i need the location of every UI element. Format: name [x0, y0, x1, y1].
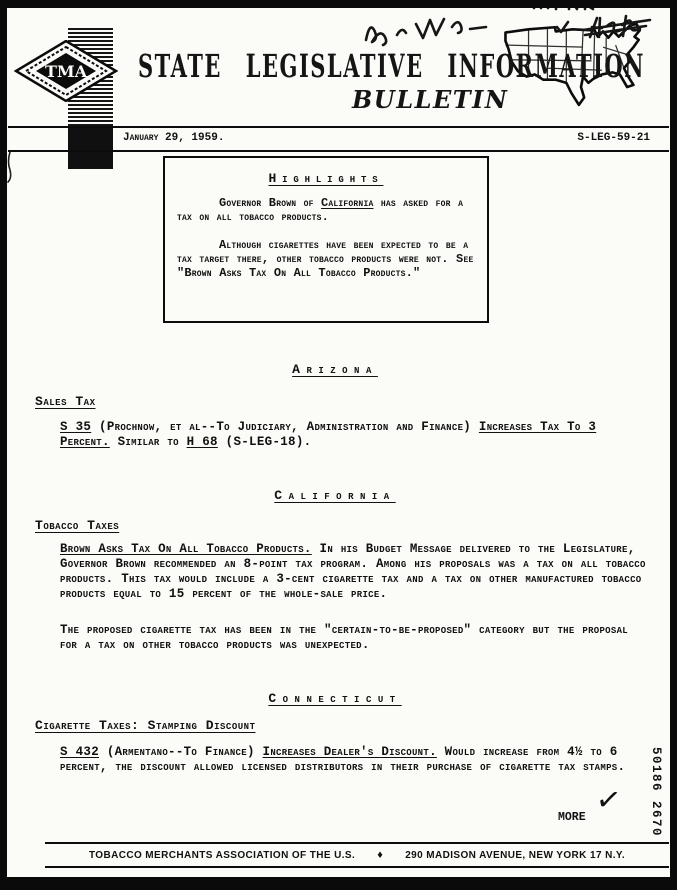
- footer-address: 290 Madison Avenue, New York 17 N.Y.: [405, 850, 625, 861]
- footer-rule-top: [45, 842, 669, 844]
- topic-heading-sales-tax: Sales Tax: [35, 394, 96, 409]
- masthead-subtitle: Bulletin: [352, 85, 508, 114]
- more-label: MORE: [558, 811, 586, 824]
- checkmark-annotation: ✓: [594, 781, 624, 819]
- masthead-title: State Legislative Information: [138, 47, 645, 85]
- footer-organization: Tobacco Merchants Association of the U.S…: [89, 850, 355, 861]
- document-number: S-LEG-59-21: [577, 128, 650, 148]
- footer-rule-bottom: [45, 866, 669, 868]
- tma-logo-text: TMA: [45, 62, 88, 81]
- vertical-stamp-number: 50186 2670: [649, 747, 663, 837]
- highlights-paragraph: Governor Brown of California has asked f…: [177, 196, 475, 224]
- paragraph-california-proposed: The proposed cigarette tax has been in t…: [60, 623, 648, 653]
- highlights-box: Highlights Governor Brown of California …: [163, 156, 489, 323]
- issue-date: January 29, 1959.: [123, 128, 224, 148]
- highlights-paragraph: Although cigarettes have been expected t…: [177, 238, 475, 280]
- footer-diamond-icon: ♦: [377, 847, 383, 863]
- paragraph-connecticut-s432: S 432 (Armentano--To Finance) Increases …: [60, 745, 648, 775]
- section-heading-connecticut: Connecticut: [35, 691, 635, 706]
- highlights-title: Highlights: [177, 171, 475, 186]
- topic-heading-stamping-discount: Cigarette Taxes: Stamping Discount: [35, 718, 256, 733]
- section-heading-california: California: [35, 488, 635, 503]
- handwritten-annotations: [338, 0, 674, 52]
- masthead-rule-bottom: [8, 150, 669, 152]
- paragraph-arizona-s35: S 35 (Prochnow, et al--To Judiciary, Adm…: [60, 420, 648, 450]
- bulletin-page: TMA State Legislative Information Bullet…: [0, 0, 677, 890]
- paragraph-california-brown: Brown Asks Tax On All Tobacco Products. …: [60, 542, 648, 602]
- footer: Tobacco Merchants Association of the U.S…: [45, 847, 669, 864]
- masthead-solid-bar: [68, 128, 113, 169]
- section-heading-arizona: Arizona: [35, 362, 635, 377]
- pen-mark: [4, 150, 16, 184]
- topic-heading-tobacco-taxes: Tobacco Taxes: [35, 518, 119, 533]
- tma-logo-icon: TMA: [14, 40, 118, 102]
